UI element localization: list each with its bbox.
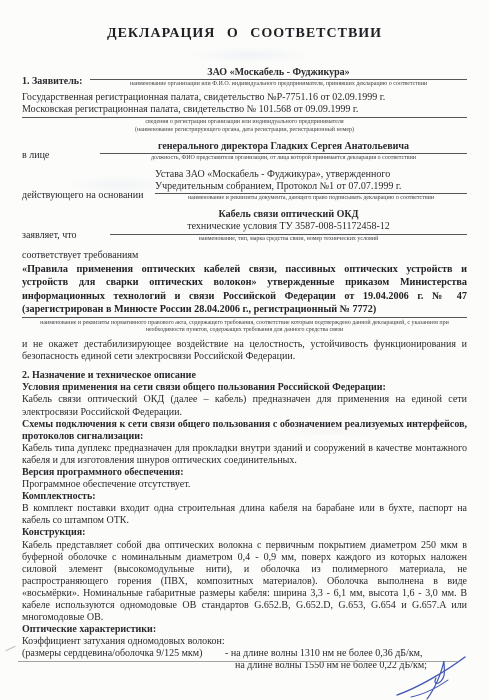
applicant-section: 1. Заявитель: ЗАО «Москабель - Фуджикура… bbox=[22, 67, 467, 88]
basis-hint: наименование и реквизиты документа, дающ… bbox=[155, 194, 467, 202]
usage-text: Кабель связи оптический ОКД (далее – каб… bbox=[22, 394, 467, 418]
representative-section: в лице генерального директора Гладких Се… bbox=[22, 141, 467, 162]
optical-title: Оптические характеристики: bbox=[22, 624, 467, 636]
section-2-heading: 2. Назначение и техническое описание bbox=[22, 370, 467, 382]
registration-info: Государственная регистрационная палата, … bbox=[22, 92, 467, 133]
declaration-document: ДЕКЛАРАЦИЯ О СООТВЕТСТВИИ 1. Заявитель: … bbox=[0, 0, 489, 700]
registration-line-1: Государственная регистрационная палата, … bbox=[22, 92, 467, 104]
optical-line-1: Коэффициент затухания одномодовых волоко… bbox=[22, 636, 467, 648]
optical-core-size: (размеры сердцевина/оболочка 9/125 мкм) bbox=[22, 648, 225, 660]
registration-line-2: Московская регистрационная палата, свиде… bbox=[22, 104, 467, 117]
construction-title: Конструкция: bbox=[22, 527, 467, 539]
declares-section: заявляет, что Кабель связи оптический ОК… bbox=[22, 209, 467, 242]
usage-title: Условия применения на сети связи общего … bbox=[22, 382, 467, 394]
regulation-text: «Правила применения оптических кабелей с… bbox=[22, 263, 467, 318]
software-text: Программное обеспечение отсутствует. bbox=[22, 479, 467, 491]
basis-label: действующего на основании bbox=[22, 190, 155, 202]
product-name: Кабель связи оптический ОКД bbox=[110, 209, 467, 221]
completeness-title: Комплектность: bbox=[22, 491, 467, 503]
section-2: 2. Назначение и техническое описание Усл… bbox=[22, 370, 467, 672]
regulation-hint: наименование и реквизиты нормативного пр… bbox=[22, 318, 467, 334]
basis-line-2: Учредительным собранием, Протокол №1 от … bbox=[155, 181, 467, 194]
registration-hint-1: сведения о регистрации организации или и… bbox=[22, 118, 467, 126]
footer-rule bbox=[18, 661, 457, 662]
declares-label: заявляет, что bbox=[22, 230, 110, 242]
representative-label: в лице bbox=[22, 150, 100, 162]
schemes-title: Схемы подключения к сети связи общего по… bbox=[22, 419, 467, 443]
registration-hint-2: (наименование регистрирующего органа, да… bbox=[22, 126, 467, 134]
applicant-name: ЗАО «Москабель - Фуджикура» bbox=[90, 67, 467, 80]
product-hint: наименование, тип, марка средства связи,… bbox=[110, 235, 467, 243]
completeness-text: В комплект поставки входит одна строител… bbox=[22, 503, 467, 527]
schemes-text: Кабель типа дуплекс предназначен для про… bbox=[22, 443, 467, 467]
software-title: Версия программного обеспечения: bbox=[22, 467, 467, 479]
representative-name: генерального директора Гладких Сергея Ан… bbox=[100, 141, 467, 154]
conformity-statement: и не окажет дестабилизирующее воздействи… bbox=[22, 339, 467, 363]
conformity-intro: соответствует требованиям bbox=[22, 250, 467, 262]
basis-line-1: Устава ЗАО «Москабель - Фуджикура», утве… bbox=[155, 169, 467, 181]
representative-hint: должность, ФИО представителя организации… bbox=[100, 154, 467, 162]
stray-scan-mark bbox=[5, 646, 15, 652]
construction-text: Кабель представляет собой два оптических… bbox=[22, 540, 467, 625]
document-title: ДЕКЛАРАЦИЯ О СООТВЕТСТВИИ bbox=[22, 26, 467, 42]
product-specs: технические условия ТУ 3587-008-51172458… bbox=[110, 221, 467, 234]
signature-mark bbox=[395, 654, 471, 700]
applicant-name-hint: наименование организации или Ф.И.О. инди… bbox=[90, 80, 467, 88]
applicant-label: 1. Заявитель: bbox=[22, 76, 90, 88]
basis-section: действующего на основании Устава ЗАО «Мо… bbox=[22, 169, 467, 202]
